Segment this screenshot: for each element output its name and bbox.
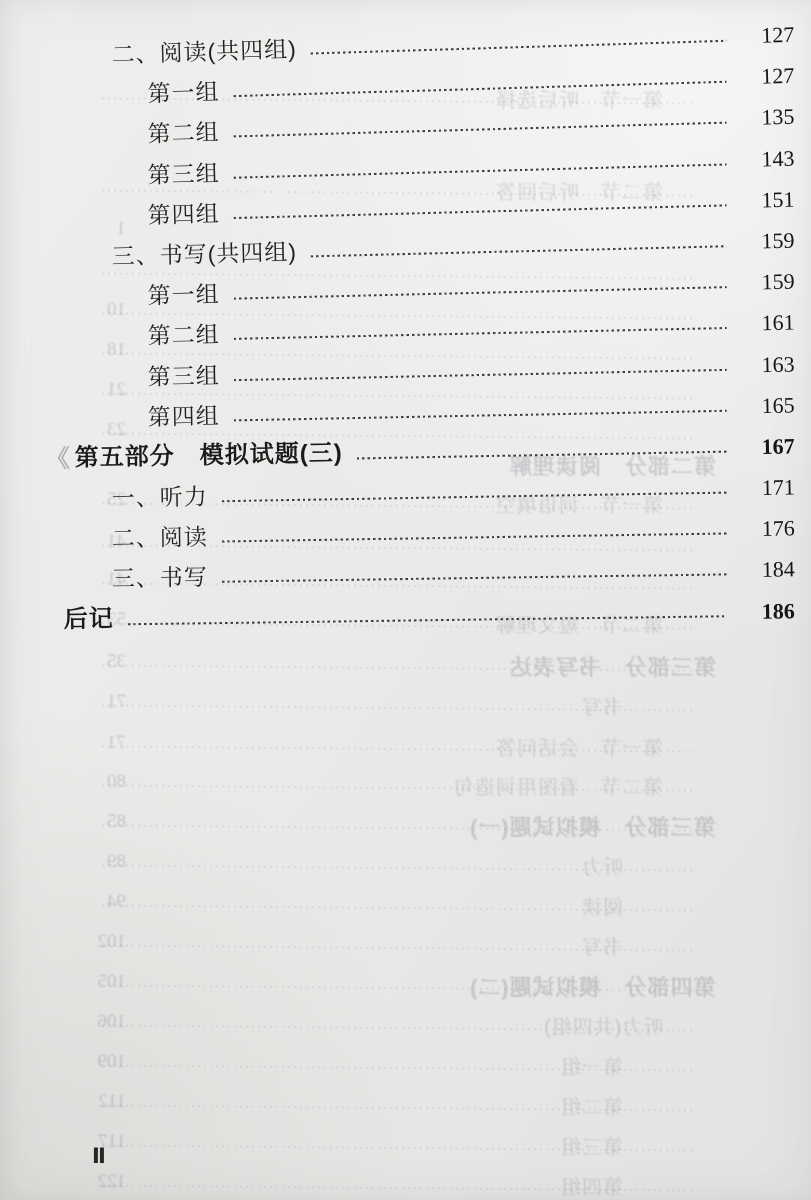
table-of-contents: 二、阅读(共四组)127第一组127第二组135第三组143第四组151三、书写… [0,30,811,633]
bleedthrough-row: 89听力 [0,851,811,877]
bleedthrough-number: 94 [80,891,126,913]
bleedthrough-leader-dots [102,664,693,671]
bleedthrough-text: 阅读 [581,891,623,920]
toc-page-number: 159 [740,230,795,253]
bleedthrough-leader-dots [102,824,693,831]
bleedthrough-number: 80 [80,771,126,793]
bleedthrough-leader-dots [102,784,693,791]
bleedthrough-row: 109第一组 [0,1051,811,1077]
bleedthrough-text: 第一节 会话问答 [495,732,663,761]
toc-page-number: 127 [740,24,795,48]
toc-page-number: 151 [740,189,795,212]
toc-entry-label: 一、听力 [112,486,208,511]
bleedthrough-text: 第四组 [560,1171,623,1200]
toc-page-number: 171 [741,477,795,500]
book-page: 第一节 听后选择第二节 听后回答110182123第二部分 阅读理解25第一节 … [0,0,811,1200]
bleedthrough-row: 94阅读 [0,891,811,917]
bleedthrough-text: 第三部分 模拟试题(一) [469,811,716,842]
toc-leader-dots [222,574,727,584]
toc-page-number: 165 [740,394,794,417]
bleedthrough-number: 89 [80,851,126,873]
toc-entry-label: 第三组 [147,364,219,388]
bleedthrough-leader-dots [102,704,693,711]
bleedthrough-text: 第二组 [560,1091,623,1120]
bleedthrough-row: 105第四部分 模拟试题(二) [0,971,811,997]
toc-entry-label: 第二组 [147,121,220,146]
bleedthrough-row: 106听力(共四组) [0,1011,811,1037]
bleedthrough-leader-dots [102,904,693,911]
bleedthrough-number: 85 [80,811,126,833]
bleedthrough-row: 80第二节 看图用词造句 [0,771,811,797]
toc-entry-label: 第四组 [148,405,220,429]
toc-entry-label: 三、书写 [112,567,208,591]
bleedthrough-row: 112第二组 [0,1091,811,1117]
toc-leader-dots [128,615,727,625]
toc-page-number: 135 [740,106,795,130]
toc-page-number: 163 [740,353,794,376]
toc-page-number: 127 [740,65,795,89]
toc-page-number: 186 [741,600,795,623]
footer-page-number: Ⅱ [92,1145,107,1168]
bleedthrough-row: 71书写 [0,691,811,717]
bleedthrough-leader-dots [102,745,693,752]
bleedthrough-leader-dots [102,984,693,991]
page-footer: Ⅱ [92,1144,107,1169]
bleedthrough-leader-dots [102,1144,693,1151]
toc-entry-label: 二、阅读 [112,526,208,551]
bleedthrough-number: 71 [80,732,126,754]
bleedthrough-leader-dots [102,1184,693,1191]
bleedthrough-number: 112 [80,1091,126,1113]
bleedthrough-row: 122第四组 [0,1171,811,1197]
bleedthrough-leader-dots [102,1024,693,1031]
bleedthrough-text: 听力 [581,851,623,880]
bleedthrough-text: 第二节 看图用词造句 [453,771,663,800]
bleedthrough-number: 105 [80,971,126,993]
toc-page-number: 159 [740,271,794,294]
bleedthrough-number: 71 [80,691,126,713]
bleedthrough-text: 书写 [581,691,623,720]
bleedthrough-text: 第四部分 模拟试题(二) [469,971,716,1002]
bleedthrough-number: 102 [80,931,126,953]
bleedthrough-number: 109 [80,1051,126,1073]
bleedthrough-row: 102书写 [0,931,811,957]
toc-entry-label: 后记 [64,607,114,632]
bleedthrough-leader-dots [102,1064,693,1071]
toc-page-number: 176 [741,518,795,541]
bleedthrough-leader-dots [102,1104,693,1111]
toc-entry-label: 第二组 [147,324,219,349]
toc-entry-label: 第一组 [147,283,220,308]
toc-page-number: 161 [740,312,794,335]
part-marker-icon: 《 [46,448,70,472]
bleedthrough-leader-dots [102,864,693,871]
bleedthrough-row: 35第三部分 书写表达 [0,651,811,677]
bleedthrough-number: 122 [80,1171,126,1193]
bleedthrough-row: 85第三部分 模拟试题(一) [0,811,811,837]
bleedthrough-text: 听力(共四组) [543,1011,663,1040]
toc-entry-label: 第三组 [147,162,220,187]
toc-entry-label: 第一组 [147,81,220,106]
bleedthrough-row: 117第三组 [0,1131,811,1157]
bleedthrough-text: 第一组 [560,1051,623,1080]
bleedthrough-number: 35 [80,651,126,673]
bleedthrough-number: 106 [80,1011,126,1033]
toc-leader-dots [357,450,727,459]
bleedthrough-text: 书写 [581,931,623,960]
bleedthrough-leader-dots [102,944,693,951]
toc-page-number: 143 [740,147,795,170]
toc-page-number: 184 [741,559,795,582]
bleedthrough-text: 第三组 [560,1131,623,1160]
bleedthrough-row: 71第一节 会话问答 [0,732,811,758]
toc-page-number: 167 [740,435,794,458]
toc-entry-label: 第四组 [147,202,220,227]
toc-leader-dots [222,533,727,543]
bleedthrough-text: 第三部分 书写表达 [509,651,716,682]
